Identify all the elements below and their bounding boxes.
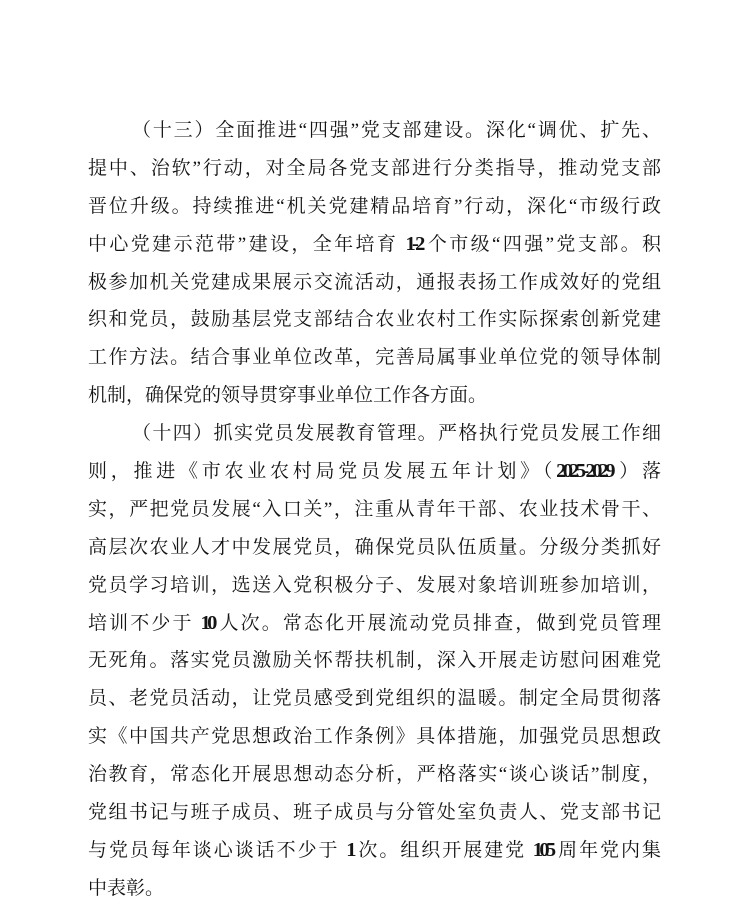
text-line: 机制，确保党的领导贯穿事业单位工作各方面。 xyxy=(88,377,661,415)
text-line: 极参加机关党建成果展示交流活动，通报表扬工作成效好的党组 xyxy=(88,264,661,302)
text-line: 治教育，常态化开展思想动态分析，严格落实“谈心谈话”制度， xyxy=(88,756,661,794)
text-line: 实《中国共产党思想政治工作条例》具体措施，加强党员思想政 xyxy=(88,718,661,756)
text-line: 无死角。落实党员激励关怀帮扶机制，深入开展走访慰问困难党 xyxy=(88,642,661,680)
compressed-number: 2025-2029 xyxy=(556,460,615,482)
text-line: 织和党员，鼓励基层党支部结合农业农村工作实际探索创新党建 xyxy=(88,301,661,339)
text-line: 中心党建示范带”建设，全年培育 1-2个市级“四强”党支部。积 xyxy=(88,226,661,264)
paragraph-14: （十四）抓实党员发展教育管理。严格执行党员发展工作细 则，推进《市农业农村局党员… xyxy=(88,415,661,908)
text-line: 党组书记与班子成员、班子成员与分管处室负责人、党支部书记 xyxy=(88,794,661,832)
text-line: 高层次农业人才中发展党员，确保党员队伍质量。分级分类抓好 xyxy=(88,529,661,567)
compressed-number: 105 xyxy=(533,839,556,861)
text-line: 中表彰。 xyxy=(88,870,661,908)
text-line: （十三）全面推进“四强”党支部建设。深化“调优、扩先、 xyxy=(88,112,661,150)
text-line: 实，严把党员发展“入口关”，注重从青年干部、农业技术骨干、 xyxy=(88,491,661,529)
text-line: 与党员每年谈心谈话不少于 1次。组织开展建党 105周年党内集 xyxy=(88,832,661,870)
text-line: 培训不少于 10人次。常态化开展流动党员排查，做到党员管理 xyxy=(88,605,661,643)
text-line: 则，推进《市农业农村局党员发展五年计划》（2025-2029）落 xyxy=(88,453,661,491)
paragraph-13: （十三）全面推进“四强”党支部建设。深化“调优、扩先、 提中、治软”行动，对全局… xyxy=(88,112,661,415)
text-line: 晋位升级。持续推进“机关党建精品培育”行动，深化“市级行政 xyxy=(88,188,661,226)
compressed-number: 1 xyxy=(346,839,356,861)
compressed-number: 10 xyxy=(201,612,218,634)
document-page: （十三）全面推进“四强”党支部建设。深化“调优、扩先、 提中、治软”行动，对全局… xyxy=(0,0,747,908)
text-line: 员、老党员活动，让党员感受到党组织的温暖。制定全局贯彻落 xyxy=(88,680,661,718)
compressed-number: 1-2 xyxy=(405,233,425,255)
text-line: 党员学习培训，选送入党积极分子、发展对象培训班参加培训， xyxy=(88,567,661,605)
text-line: 提中、治软”行动，对全局各党支部进行分类指导，推动党支部 xyxy=(88,150,661,188)
text-line: （十四）抓实党员发展教育管理。严格执行党员发展工作细 xyxy=(88,415,661,453)
text-line: 工作方法。结合事业单位改革，完善局属事业单位党的领导体制 xyxy=(88,339,661,377)
text-block: （十三）全面推进“四强”党支部建设。深化“调优、扩先、 提中、治软”行动，对全局… xyxy=(88,112,661,908)
